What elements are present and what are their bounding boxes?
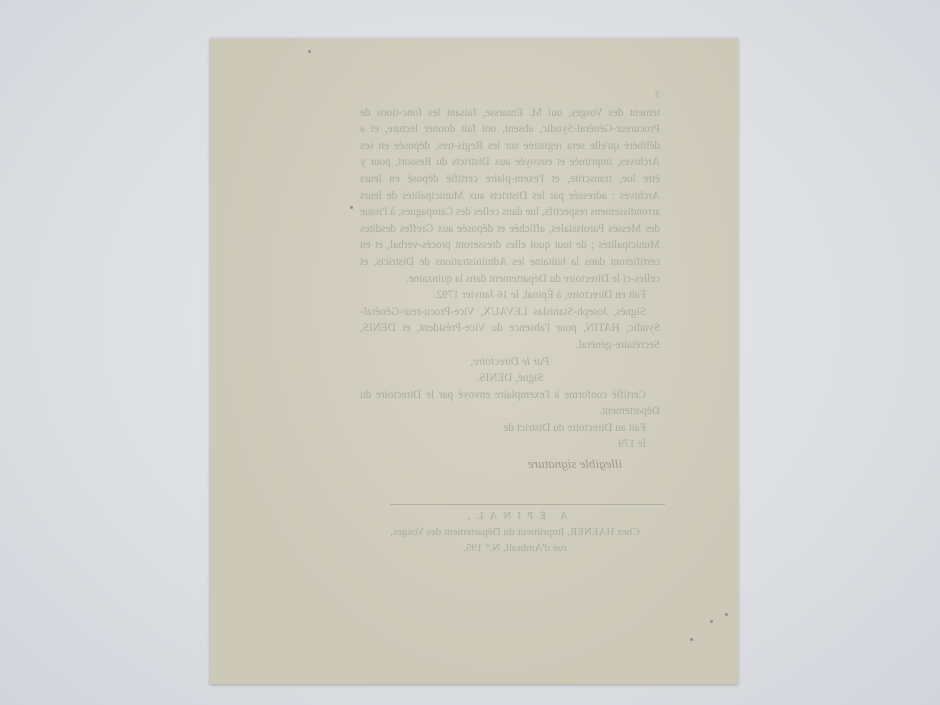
imprint-line2: rue d'Ambrail, N.° 195. xyxy=(360,540,670,556)
paper-speck xyxy=(710,620,713,623)
document-page: 3 tement des Vosges, ouï M. Emarsse, fai… xyxy=(210,38,738,684)
paper-speck xyxy=(308,50,311,53)
signed-denis: Signé, DENIS. xyxy=(360,370,660,387)
district-line: Fait au Directoire du District de xyxy=(360,420,660,437)
handwritten-signature: illegible signature xyxy=(510,456,640,496)
certification: Certifié conforme à l'exemplaire envoyé … xyxy=(360,387,660,420)
paper-speck xyxy=(350,206,353,209)
imprint-city: A ÉPINAL, xyxy=(360,508,670,524)
date-line: Fait en Directoire, à Épinal, le 16 Janv… xyxy=(360,287,660,304)
show-through-text: 3 tement des Vosges, ouï M. Emarsse, fai… xyxy=(360,88,660,453)
body-paragraph: tement des Vosges, ouï M. Emarsse, faisa… xyxy=(360,105,660,288)
by-directory: Par le Directoire, xyxy=(360,354,660,371)
printer-imprint: A ÉPINAL, Chez HAENER, Imprimeur du Dépa… xyxy=(360,508,670,556)
signatories: Signés, Joseph-Stanislas LEVAUX, Vice-Pr… xyxy=(360,304,660,354)
paper-speck xyxy=(690,638,693,641)
divider-rule xyxy=(390,504,665,505)
paper-speck xyxy=(725,613,728,616)
imprint-line1: Chez HAENER, Imprimeur du Département de… xyxy=(360,524,670,540)
page-number: 3 xyxy=(360,88,660,105)
date-blank: le 179 xyxy=(360,436,660,453)
